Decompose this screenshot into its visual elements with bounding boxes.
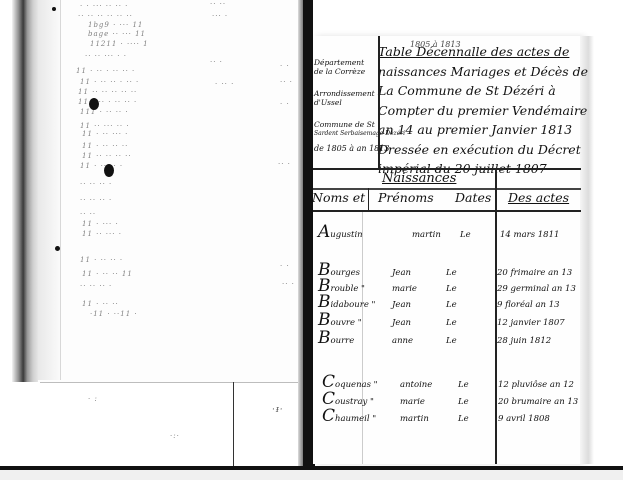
first-name: Jean: [392, 318, 411, 328]
column-header-actes: Des actes: [508, 190, 569, 205]
period: de 1805 à an 1813: [314, 144, 378, 153]
le: Le: [446, 284, 457, 294]
date-column-divider: [495, 168, 497, 464]
commune-value: Sardent Serbaisemage Dézéri: [314, 129, 378, 138]
title-line: Compter du premier Vendémaire: [378, 101, 583, 121]
title-line: an 14 au premier Janvier 1813: [378, 120, 583, 140]
department-value: de la Corrèze: [314, 67, 378, 76]
column-header-prenoms: Prénoms: [378, 190, 434, 205]
scan-bottom-margin: [0, 470, 623, 480]
section-header-naissances: Naissances: [382, 171, 456, 186]
arrondissement-value: d'Ussel: [314, 98, 378, 107]
arrondissement-label: Arrondissement: [314, 89, 378, 98]
surname: ouvre ": [331, 318, 362, 328]
ink-speck: [55, 246, 60, 251]
le: Le: [458, 397, 469, 407]
column-header-dates: Dates: [455, 190, 491, 205]
title-line: naissances Mariages et Décès de: [378, 62, 583, 82]
le: Le: [460, 230, 471, 240]
act-date: 14 mars 1811: [500, 230, 559, 240]
le: Le: [446, 300, 457, 310]
left-lower-divider: [233, 382, 234, 470]
title-line: Table Décennalle des actes de: [378, 42, 583, 62]
left-page-fold: [38, 0, 61, 380]
scan-margin-top: [313, 0, 613, 36]
pointer-mark: [304, 407, 312, 410]
act-date: 9 floréal an 13: [497, 300, 560, 310]
title-line: La Commune de St Dézéri à: [378, 81, 583, 101]
book-binding-edge: [12, 0, 40, 382]
act-date: 9 avril 1808: [498, 414, 550, 424]
left-lower-mark: ·ᵻ·: [272, 405, 284, 415]
first-name: Jean: [392, 268, 411, 278]
le: Le: [446, 268, 457, 278]
first-name: marie: [400, 397, 425, 407]
first-name: marie: [392, 284, 417, 294]
initial: B: [318, 328, 331, 348]
title-line: Dressée en exécution du Décret: [378, 140, 583, 160]
first-name: martin: [412, 230, 441, 240]
act-date: 20 brumaire an 13: [498, 397, 578, 407]
margin-jurisdiction: Département de la Corrèze Arrondissement…: [314, 58, 378, 153]
name-guide-line: [362, 212, 363, 464]
first-name: anne: [392, 336, 413, 346]
left-page: [38, 0, 300, 382]
first-name: martin: [400, 414, 429, 424]
left-page-lower-leaf: [40, 382, 308, 471]
le: Le: [458, 380, 469, 390]
le: Le: [446, 336, 457, 346]
table-top-rule: [313, 168, 581, 170]
act-date: 20 frimaire an 13: [497, 268, 572, 278]
department-label: Département: [314, 58, 378, 67]
name-column-divider: [368, 188, 369, 210]
column-header-noms: Noms et: [312, 190, 365, 205]
act-date: 12 pluviôse an 12: [498, 380, 574, 390]
margin-divider: [378, 36, 380, 168]
commune-label: Commune de St: [314, 120, 378, 129]
surname: idaboure ": [331, 300, 376, 310]
first-name: Jean: [392, 300, 411, 310]
ink-blot: [104, 164, 114, 177]
initial: A: [318, 222, 330, 242]
initial: B: [318, 292, 331, 312]
initial: C: [322, 406, 335, 426]
le: Le: [458, 414, 469, 424]
act-date: 12 janvier 1807: [497, 318, 565, 328]
ink-speck: [52, 7, 56, 11]
left-lower-mark: · :: [88, 395, 98, 403]
initial: B: [318, 310, 331, 330]
first-name: antoine: [400, 380, 432, 390]
act-date: 28 juin 1812: [497, 336, 551, 346]
register-title: Table Décennalle des actes de naissances…: [378, 42, 583, 179]
act-date: 29 germinal an 13: [497, 284, 576, 294]
surname: ourre: [331, 336, 355, 346]
left-lower-mark: ·:·: [170, 432, 180, 440]
surname: ugustin: [330, 230, 362, 240]
surname: haumeil ": [335, 414, 376, 424]
ink-blot: [89, 98, 99, 110]
column-header-rule: [313, 210, 581, 212]
le: Le: [446, 318, 457, 328]
